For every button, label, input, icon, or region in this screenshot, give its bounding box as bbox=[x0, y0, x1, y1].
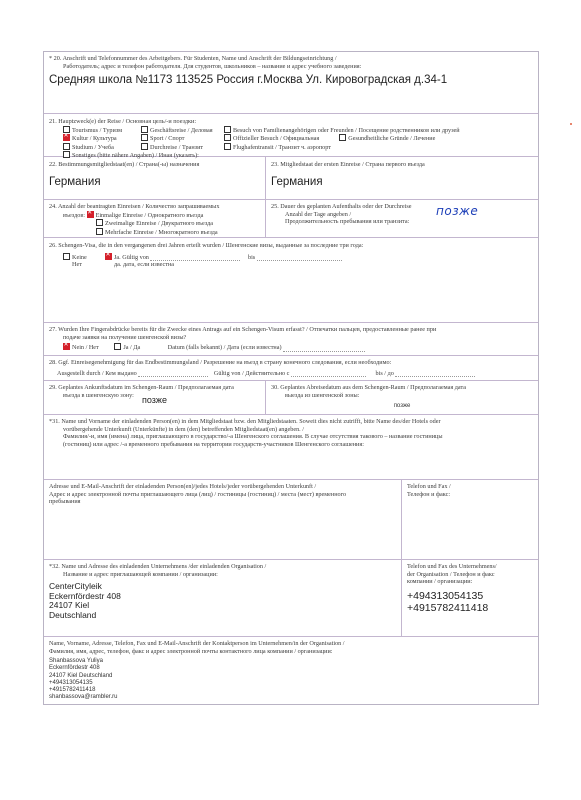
purpose-options: Tourismus / Туризм Geschäftsreise / Дело… bbox=[49, 126, 533, 160]
inviting-address-label-2: Адрес и адрес электронной почты приглаша… bbox=[49, 491, 396, 499]
section-24-prefix: въездов: bbox=[63, 212, 85, 219]
checkbox-icon[interactable] bbox=[224, 143, 231, 150]
section-23-label: 23. Mitgliedstaat der ersten Einreise / … bbox=[271, 161, 533, 169]
inviting-phone-label: Telefon und Fax / bbox=[407, 483, 533, 491]
checkbox-checked-icon[interactable] bbox=[63, 343, 70, 350]
valid-from-field[interactable] bbox=[291, 376, 366, 377]
company-phone-cell: Telefon und Fax des Unternehmens/ der Or… bbox=[401, 560, 538, 636]
company-phone-1: +494313054135 bbox=[407, 590, 533, 602]
section-27-label-2: подаче заявки на получение шенгенской ви… bbox=[49, 334, 533, 342]
checkbox-icon[interactable] bbox=[96, 219, 103, 226]
checkbox-icon[interactable] bbox=[141, 126, 148, 133]
employer-value[interactable]: Средняя школа №1173 113525 Россия г.Моск… bbox=[49, 74, 533, 86]
contact-email: shanbassova@rambler.ru bbox=[49, 694, 533, 701]
purpose-option-tourism[interactable]: Tourismus / Туризм bbox=[63, 126, 141, 135]
checkbox-checked-icon[interactable] bbox=[87, 211, 94, 218]
purpose-option-study[interactable]: Studium / Учеба bbox=[63, 143, 141, 152]
section-27-fingerprints: 27. Wurden Ihre Fingerabdrücke bereits f… bbox=[44, 323, 538, 356]
inviting-address-label: Adresse und E-Mail-Anschrift der einlade… bbox=[49, 483, 396, 491]
visa-option-yes[interactable]: Ja. Gültig von bis да. дата, если извест… bbox=[105, 253, 342, 269]
section-31-label-2: vorübergehende Unterkunft (Unterkünfte) … bbox=[49, 426, 533, 434]
visa-valid-to-field[interactable] bbox=[257, 260, 342, 261]
contact-details[interactable]: Shanbassova Yuliya Eckernfördestr 408 24… bbox=[49, 658, 533, 701]
contact-name: Shanbassova Yuliya bbox=[49, 658, 533, 665]
section-32-label: *32. Name und Adresse des einladenden Un… bbox=[49, 563, 396, 571]
section-32-company: *32. Name und Adresse des einladenden Un… bbox=[44, 560, 538, 637]
purpose-option-business[interactable]: Geschäftsreise / Деловая bbox=[141, 126, 224, 135]
checkbox-icon[interactable] bbox=[224, 126, 231, 133]
section-30-label-2: выезда из шенгенской зоны: bbox=[271, 392, 533, 400]
section-21-label: 21. Hauptzweck(e) der Reise / Основная ц… bbox=[49, 118, 533, 126]
checkbox-icon[interactable] bbox=[224, 134, 231, 141]
section-27-label: 27. Wurden Ihre Fingerabdrücke bereits f… bbox=[49, 326, 533, 334]
section-31-inviting-person: *31. Name und Vorname der einladenden Pe… bbox=[44, 415, 538, 480]
purpose-option-culture[interactable]: Kultur / Культура bbox=[63, 134, 141, 143]
valid-to-field[interactable] bbox=[395, 376, 475, 377]
section-26-previous-visas: 26. Schengen-Visa, die in den vergangene… bbox=[44, 238, 538, 323]
valid-to-label: bis / до bbox=[376, 370, 394, 377]
checkbox-icon[interactable] bbox=[96, 228, 103, 235]
section-22-label: 22. Bestimmungsmitgliedstaat(en) / Стран… bbox=[49, 161, 260, 169]
company-phone-label: Telefon und Fax des Unternehmens/ bbox=[407, 563, 533, 571]
stray-ink-mark bbox=[570, 123, 572, 125]
visa-application-form: * 20. Anschrift und Telefonnummer des Ar… bbox=[43, 51, 539, 705]
checkbox-icon[interactable] bbox=[141, 134, 148, 141]
section-20-label-de: * 20. Anschrift und Telefonnummer des Ar… bbox=[49, 55, 533, 63]
company-phone-2: +4915782411418 bbox=[407, 602, 533, 614]
checkbox-icon[interactable] bbox=[114, 343, 121, 350]
section-20-label-ru: Работодатель; адрес и телефон работодате… bbox=[49, 63, 533, 71]
company-cell: *32. Name und Adresse des einladenden Un… bbox=[44, 560, 401, 636]
section-29-label: 29. Geplantes Ankunftsdatum im Schengen-… bbox=[49, 384, 260, 392]
contact-phone-1: +494313054135 bbox=[49, 680, 533, 687]
entries-option-single[interactable]: Einmalige Einreise / Однократного въезда bbox=[87, 212, 204, 219]
section-24-entries: 24. Anzahl der beantragten Einreisen / К… bbox=[44, 200, 265, 237]
company-phone-label-3: компании / организации: bbox=[407, 578, 533, 586]
section-31-label-4: (гостиниц) или адрес /-а временного преб… bbox=[49, 441, 533, 449]
section-25-label-3: Продолжительность пребывания или транзит… bbox=[285, 218, 409, 225]
visa-option-none[interactable]: Keine Нет bbox=[63, 253, 105, 269]
checkbox-icon[interactable] bbox=[63, 253, 70, 260]
contact-street: Eckernfördestr 408 bbox=[49, 665, 533, 672]
section-31-label: *31. Name und Vorname der einladenden Pe… bbox=[49, 418, 533, 426]
purpose-option-transit[interactable]: Durchreise / Транзит bbox=[141, 143, 224, 152]
fingerprints-option-no[interactable]: Nein / Нет bbox=[63, 344, 99, 351]
contact-label: Name, Vorname, Adresse, Telefon, Fax und… bbox=[49, 640, 533, 648]
checkbox-checked-icon[interactable] bbox=[105, 253, 112, 260]
section-20-employer: * 20. Anschrift und Telefonnummer des Ar… bbox=[44, 52, 538, 114]
company-phone-label-2: der Organisation / Телефон и факс bbox=[407, 571, 533, 579]
company-city: 24107 Kiel bbox=[49, 601, 396, 611]
company-address[interactable]: CenterCityleik Eckernfördestr 408 24107 … bbox=[49, 582, 396, 620]
section-25-label-2: Anzahl der Tage angeben / bbox=[271, 211, 533, 219]
company-phones[interactable]: +494313054135 +4915782411418 bbox=[407, 590, 533, 614]
contact-person-section: Name, Vorname, Adresse, Telefon, Fax und… bbox=[44, 637, 538, 704]
fingerprints-option-yes[interactable]: Ja / Да bbox=[114, 344, 140, 351]
checkbox-checked-icon[interactable] bbox=[63, 134, 70, 141]
duration-handwritten-value[interactable]: позже bbox=[436, 208, 478, 216]
section-29-arrival: 29. Geplantes Ankunftsdatum im Schengen-… bbox=[44, 381, 265, 414]
section-24-label: 24. Anzahl der beantragten Einreisen / К… bbox=[49, 203, 260, 211]
purpose-option-sport[interactable]: Sport / Спорт bbox=[141, 134, 224, 143]
entries-option-multiple[interactable]: Mehrfache Einreise / Многократного въезд… bbox=[49, 228, 260, 237]
departure-date-value[interactable]: позже bbox=[271, 403, 533, 410]
fingerprints-date-label: Datum (falls bekannt) / Дата (если извес… bbox=[168, 344, 282, 351]
valid-from-label: Gültig von / Действительно с bbox=[214, 370, 290, 377]
destination-value[interactable]: Германия bbox=[49, 176, 260, 188]
section-30-label: 30. Geplantes Abreisedatum aus dem Schen… bbox=[271, 384, 533, 392]
section-21-purpose: 21. Hauptzweck(e) der Reise / Основная ц… bbox=[44, 114, 538, 157]
entries-option-double[interactable]: Zweimalige Einreise / Двукратного въезда bbox=[49, 219, 260, 228]
checkbox-icon[interactable] bbox=[63, 143, 70, 150]
purpose-option-official[interactable]: Offizieller Besuch / ОфициальнаяGesundhe… bbox=[224, 134, 533, 143]
contact-city: 24107 Kiel Deutschland bbox=[49, 673, 533, 680]
checkbox-icon[interactable] bbox=[339, 134, 346, 141]
first-entry-value[interactable]: Германия bbox=[271, 176, 533, 188]
section-28-label: 28. Ggf. Einreisegenehmigung für das End… bbox=[49, 359, 533, 367]
section-22-23: 22. Bestimmungsmitgliedstaat(en) / Стран… bbox=[44, 157, 538, 200]
inviting-phone-label-2: Телефон и факс: bbox=[407, 491, 533, 499]
company-street: Eckernfördestr 408 bbox=[49, 592, 396, 602]
purpose-option-family-visit[interactable]: Besuch von Familienangehörigen oder Freu… bbox=[224, 126, 533, 135]
purpose-option-health[interactable]: Gesundheitliche Gründe / Лечение bbox=[348, 135, 435, 142]
section-25-duration: 25. Dauer des geplanten Aufenthalts oder… bbox=[265, 200, 538, 237]
fingerprints-date-field[interactable] bbox=[283, 351, 365, 352]
section-24-25: 24. Anzahl der beantragten Einreisen / К… bbox=[44, 200, 538, 238]
section-30-departure: 30. Geplantes Abreisedatum aus dem Schen… bbox=[265, 381, 538, 414]
section-26-label: 26. Schengen-Visa, die in den vergangene… bbox=[49, 242, 533, 250]
contact-label-2: Фамилия, имя, адрес, телефон, факс и адр… bbox=[49, 648, 533, 656]
section-29-30: 29. Geplantes Ankunftsdatum im Schengen-… bbox=[44, 381, 538, 415]
section-31-label-3: Фамилия/-и, имя (имена) лица, приглашающ… bbox=[49, 433, 533, 441]
section-22-destination: 22. Bestimmungsmitgliedstaat(en) / Стран… bbox=[44, 157, 265, 199]
section-31-address-row: Adresse und E-Mail-Anschrift der einlade… bbox=[44, 480, 538, 560]
inviting-address-cell[interactable]: Adresse und E-Mail-Anschrift der einlade… bbox=[44, 480, 401, 559]
contact-phone-2: +4915782411418 bbox=[49, 687, 533, 694]
section-28-entry-permit: 28. Ggf. Einreisegenehmigung für das End… bbox=[44, 356, 538, 381]
purpose-option-airport-transit[interactable]: Flughafentransit / Транзит ч. аэропорт bbox=[224, 143, 533, 152]
checkbox-icon[interactable] bbox=[141, 143, 148, 150]
section-25-label: 25. Dauer des geplanten Aufenthalts oder… bbox=[271, 203, 533, 211]
inviting-address-label-3: пребывания bbox=[49, 498, 396, 506]
section-23-first-entry: 23. Mitgliedstaat der ersten Einreise / … bbox=[265, 157, 538, 199]
inviting-phone-cell[interactable]: Telefon und Fax / Телефон и факс: bbox=[401, 480, 538, 559]
section-32-label-2: Название и адрес приглашающей компании /… bbox=[49, 571, 396, 579]
issued-by-label: Ausgestellt durch / Кем выдано bbox=[57, 370, 137, 377]
issued-by-field[interactable] bbox=[138, 376, 208, 377]
company-country: Deutschland bbox=[49, 611, 396, 621]
